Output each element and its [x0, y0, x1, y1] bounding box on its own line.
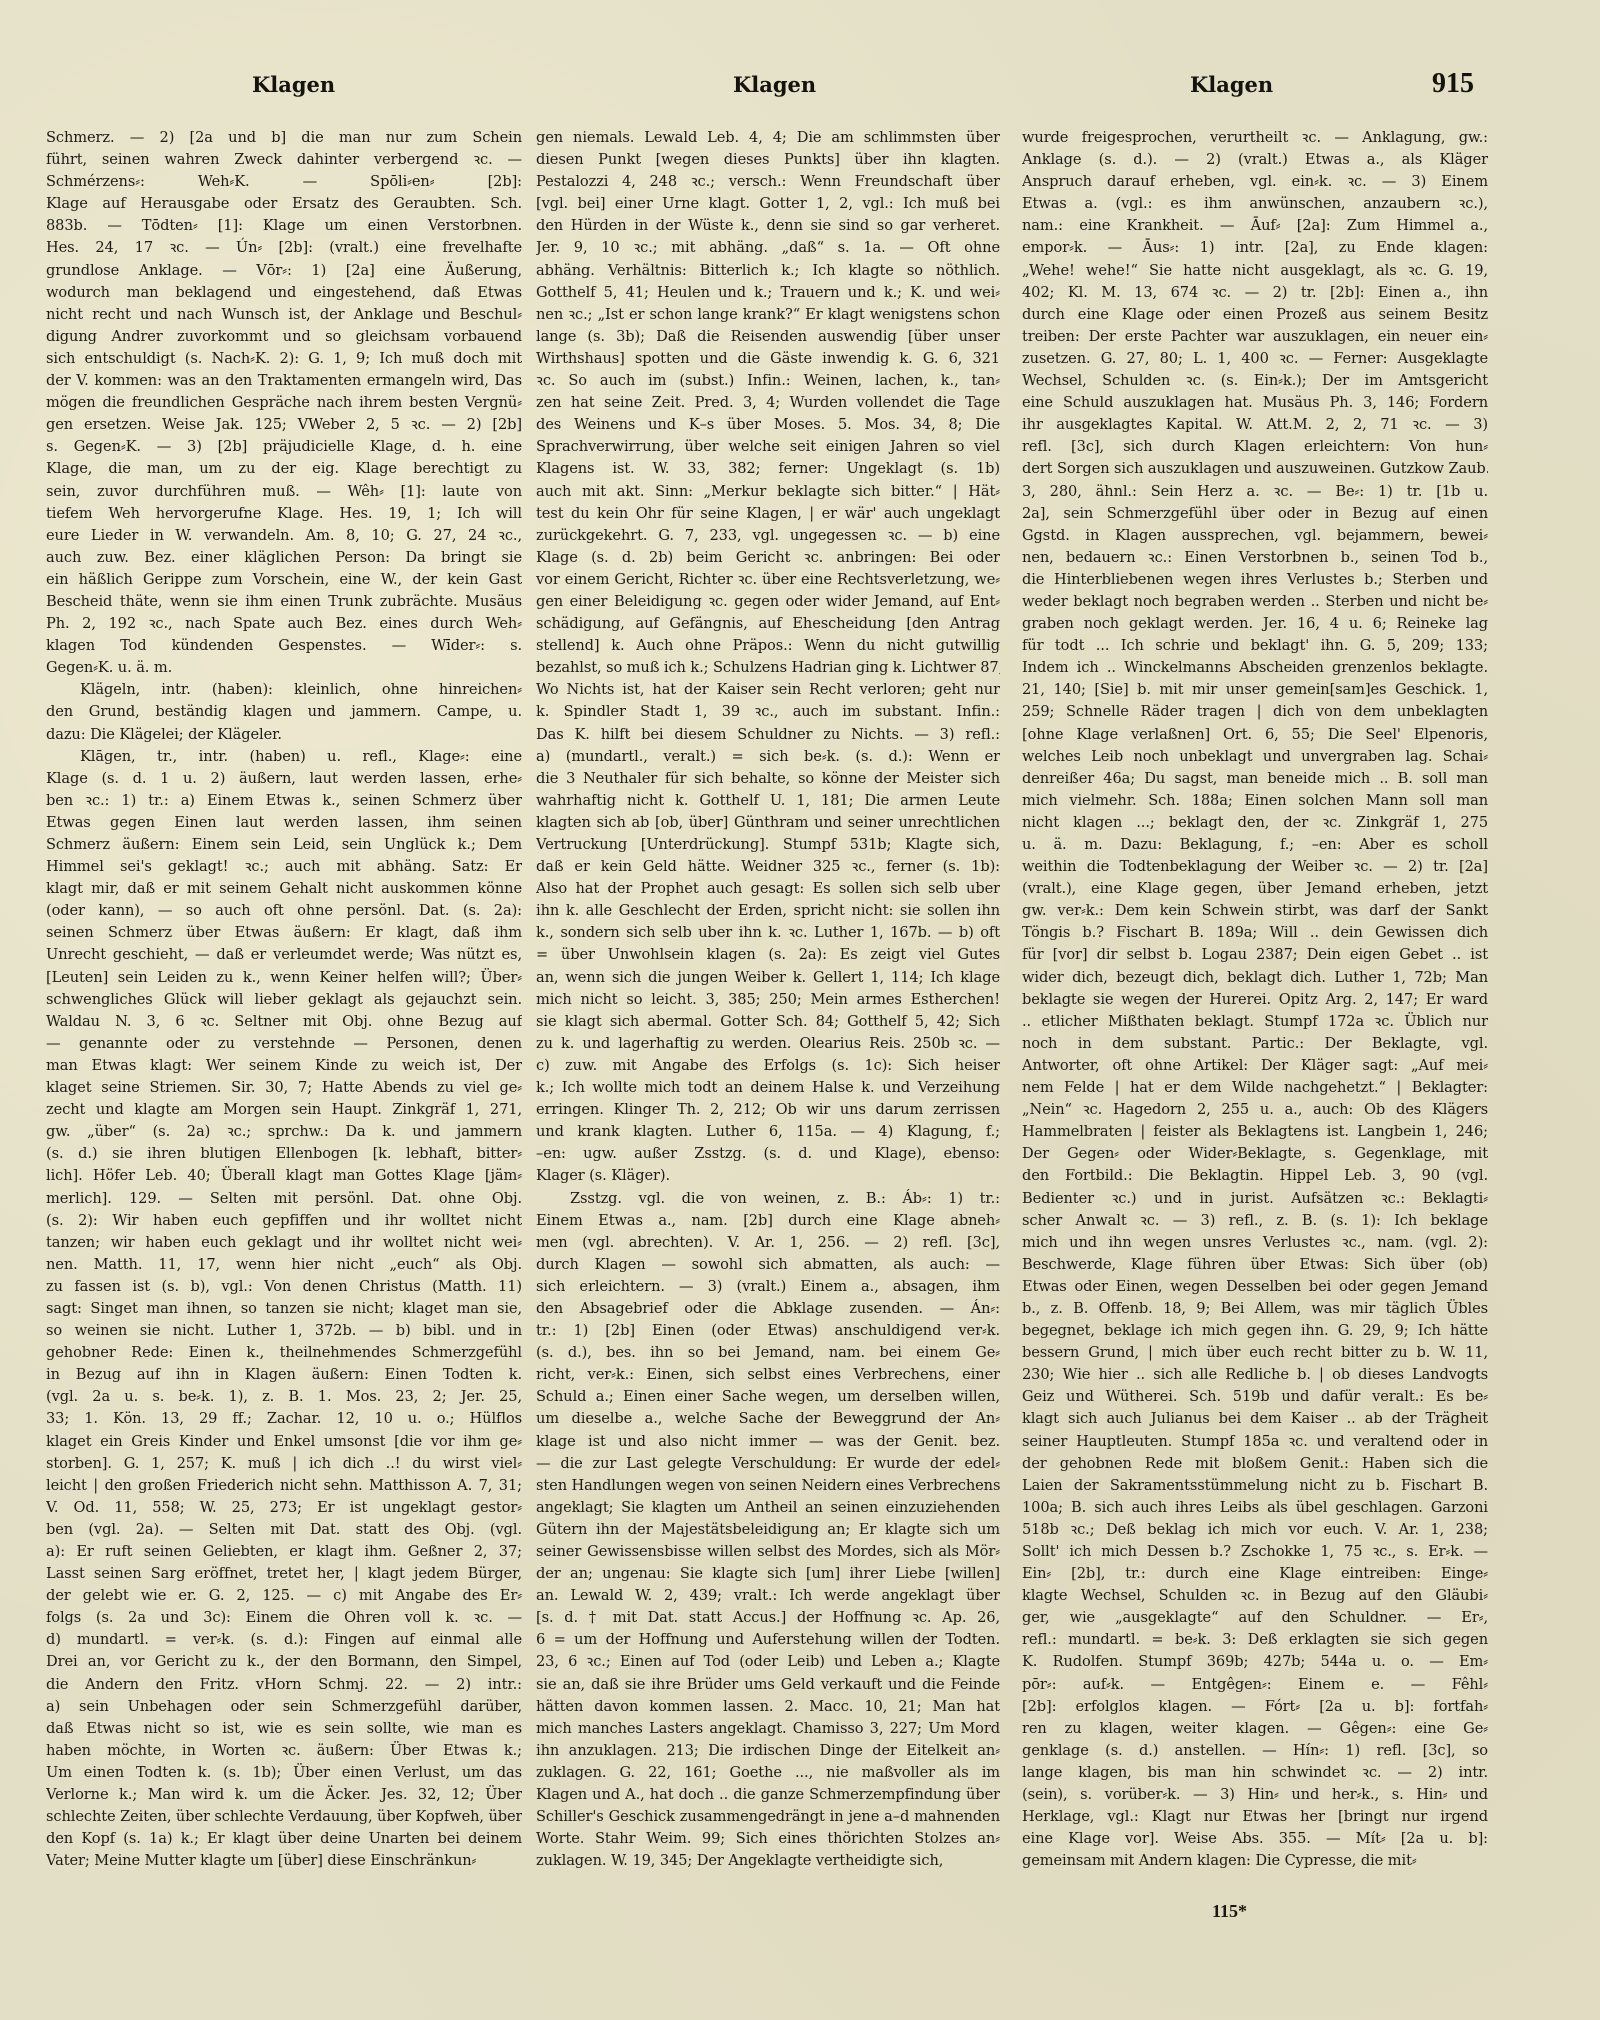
text-line: daß Etwas nicht so ist, wie es sein soll… [46, 1718, 522, 1740]
text-line: gw. ver⸗k.: Dem kein Schwein stirbt, was… [1022, 900, 1488, 922]
text-line: — die zur Last gelegte Verschuldung: Er … [536, 1453, 1000, 1475]
text-line: sich entschuldigt (s. Nach⸗K. 2): G. 1, … [46, 348, 522, 370]
text-line: V. Od. 11, 558; W. 25, 273; Er ist ungek… [46, 1497, 522, 1519]
text-line: ꝛc. So auch im (subst.) Infin.: Weinen, … [536, 370, 1000, 392]
text-line: zu k. und lagerhaftig zu werden. Oleariu… [536, 1033, 1000, 1055]
text-line: dert Sorgen sich auszuklagen und auszuwe… [1022, 458, 1488, 480]
text-line: der an; ungenau: Sie klagte sich [um] ih… [536, 1563, 1000, 1585]
text-line: a) sein Unbehagen oder sein Schmerzgefüh… [46, 1696, 522, 1718]
text-line: nicht recht und nach Wunsch ist, der Ank… [46, 304, 522, 326]
text-line: klage ist und also nicht immer — was der… [536, 1431, 1000, 1453]
text-line: lange klagen, bis man hin schwindet ꝛc. … [1022, 1762, 1488, 1784]
text-line: 2a], sein Schmerzgefühl über oder in Bez… [1022, 503, 1488, 525]
text-line: den Grund, beständig klagen und jammern.… [46, 701, 522, 723]
text-line: daß er kein Geld hätte. Weidner 325 ꝛc.,… [536, 856, 1000, 878]
text-line: schlechte Zeiten, über schlechte Verdauu… [46, 1806, 522, 1828]
text-line: Herklage, vgl.: Klagt nur Etwas her [bri… [1022, 1806, 1488, 1828]
text-line: Wo Nichts ist, hat der Kaiser sein Recht… [536, 679, 1000, 701]
text-line: sich erleichtern. — 3) (vralt.) Einem a.… [536, 1276, 1000, 1298]
text-line: wodurch man beklagend und eingestehend, … [46, 282, 522, 304]
text-line: zurückgekehrt. G. 7, 233, vgl. ungegesse… [536, 525, 1000, 547]
text-line: pōr⸗: auf⸗k. — Entgêgen⸗: Einem e. — Fêh… [1022, 1674, 1488, 1696]
text-line: graben noch geklagt werden. Jer. 16, 4 u… [1022, 613, 1488, 635]
text-line: ihr ausgeklagtes Kapital. W. Att.M. 2, 2… [1022, 414, 1488, 436]
text-line: den Fortbild.: Die Beklagtin. Hippel Leb… [1022, 1165, 1488, 1187]
text-line: K. Rudolfen. Stumpf 369b; 427b; 544a u. … [1022, 1651, 1488, 1673]
text-line: Schmerz äußern: Einem sein Leid, sein Un… [46, 834, 522, 856]
text-line: welches Leib noch unbeklagt und unvergra… [1022, 746, 1488, 768]
text-line: erringen. Klinger Th. 2, 212; Ob wir uns… [536, 1099, 1000, 1121]
text-line: a) (mundartl., veralt.) = sich be⸗k. (s.… [536, 746, 1000, 768]
text-line: mich manches Lasters angeklagt. Chamisso… [536, 1718, 1000, 1740]
text-line: folgs (s. 2a und 3c): Einem die Ohren vo… [46, 1607, 522, 1629]
text-line: Etwas a. (vgl.: es ihm anwünschen, anzau… [1022, 193, 1488, 215]
text-line: Um einen Todten k. (s. 1b); Über einen V… [46, 1762, 522, 1784]
text-line: Laien der Sakramentsstümmelung nicht zu … [1022, 1475, 1488, 1497]
text-line: 230; Wie hier .. sich alle Redliche b. |… [1022, 1364, 1488, 1386]
text-line: wider dich, bezeugt dich, beklagt dich. … [1022, 967, 1488, 989]
text-line: der gelebt wie er. G. 2, 125. — c) mit A… [46, 1585, 522, 1607]
text-line: [Leuten] sein Leiden zu k., wenn Keiner … [46, 967, 522, 989]
text-line: den Absagebrief oder die Abklage zusende… [536, 1298, 1000, 1320]
text-line: zu fassen ist (s. b), vgl.: Von denen Ch… [46, 1276, 522, 1298]
text-line: ein häßlich Gerippe zum Vorschein, eine … [46, 569, 522, 591]
text-line: Himmel sei's geklagt! ꝛc.; auch mit abhä… [46, 856, 522, 878]
text-line: nen. Matth. 11, 17, wenn hier nicht „euc… [46, 1254, 522, 1276]
text-column-left: Schmerz. — 2) [2a und b] die man nur zum… [46, 127, 522, 1872]
text-line: gen niemals. Lewald Leb. 4, 4; Die am sc… [536, 127, 1000, 149]
text-line: nem Felde | hat er dem Wilde nachgehetzt… [1022, 1077, 1488, 1099]
text-line: klaget ein Greis Kinder und Enkel umsons… [46, 1431, 522, 1453]
text-line: klaget seine Striemen. Sir. 30, 7; Hatte… [46, 1077, 522, 1099]
text-line: begegnet, beklage ich mich gegen ihn. G.… [1022, 1320, 1488, 1342]
text-line: stellend] k. Auch ohne Präpos.: Wenn du … [536, 635, 1000, 657]
text-line: Worte. Stahr Weim. 99; Sich eines thöric… [536, 1828, 1000, 1850]
text-line: Wirthshaus] spotten und die Gäste inwend… [536, 348, 1000, 370]
text-line: Indem ich .. Winckelmanns Abscheiden gre… [1022, 657, 1488, 679]
text-line: richt, ver⸗k.: Einen, sich selbst eines … [536, 1364, 1000, 1386]
text-line: in Bezug auf ihn in Klagen äußern: Einen… [46, 1364, 522, 1386]
text-line: Sprachverwirrung, über welche seit einig… [536, 436, 1000, 458]
text-line: Wechsel, Schulden ꝛc. (s. Ein⸗k.); Der i… [1022, 370, 1488, 392]
text-line: angeklagt; Sie klagten um Antheil an sei… [536, 1497, 1000, 1519]
text-line: tiefem Weh hervorgerufne Klage. Hes. 19,… [46, 503, 522, 525]
text-line: c) zuw. mit Angabe des Erfolgs (s. 1c): … [536, 1055, 1000, 1077]
text-line: für todt ... Ich schrie und beklagt' ihn… [1022, 635, 1488, 657]
text-line: Schiller's Geschick zusammengedrängt in … [536, 1806, 1000, 1828]
text-line: seiner Gewissensbisse willen selbst des … [536, 1541, 1000, 1563]
text-line: hätten davon kommen lassen. 2. Macc. 10,… [536, 1696, 1000, 1718]
text-line: refl. [3c], sich durch Klagen erleichter… [1022, 436, 1488, 458]
text-line: weithin die Todtenbeklagung der Weiber ꝛ… [1022, 856, 1488, 878]
text-line: Unrecht geschieht, — daß er verleumdet w… [46, 944, 522, 966]
text-line: Zsstzg. vgl. die von weinen, z. B.: Áb⸗:… [536, 1188, 1000, 1210]
text-line: Vater; Meine Mutter klagte um [über] die… [46, 1850, 522, 1872]
text-line: Klage (s. d. 1 u. 2) äußern, laut werden… [46, 768, 522, 790]
text-line: auch zuw. Bez. einer kläglichen Person: … [46, 547, 522, 569]
text-line: 518b ꝛc.; Deß beklag ich mich vor euch. … [1022, 1519, 1488, 1541]
text-line: klagt sich auch Julianus bei dem Kaiser … [1022, 1408, 1488, 1430]
text-line: gw. „über“ (s. 2a) ꝛc.; sprchw.: Da k. u… [46, 1121, 522, 1143]
text-line: auch mit akt. Sinn: „Merkur beklagte sic… [536, 481, 1000, 503]
text-line: ihn k. alle Geschlecht der Erden, sprich… [536, 900, 1000, 922]
text-line: [2b]: erfolglos klagen. — Fórt⸗ [2a u. b… [1022, 1696, 1488, 1718]
text-line: nen ꝛc.; „Ist er schon lange krank?“ Er … [536, 304, 1000, 326]
text-line: zuklagen. W. 19, 345; Der Angeklagte ver… [536, 1850, 1000, 1872]
page-header: Klagen Klagen Klagen 915 [0, 72, 1600, 108]
text-line: wurde freigesprochen, verurtheilt ꝛc. — … [1022, 127, 1488, 149]
running-head-left: Klagen [252, 72, 335, 97]
text-line: lange (s. 3b); Daß die Reisenden auswend… [536, 326, 1000, 348]
text-line: noch in dem substant. Partic.: Der Bekla… [1022, 1033, 1488, 1055]
text-line: Klage, die man, um zu der eig. Klage ber… [46, 458, 522, 480]
text-line: klagt mir, daß er mit seinem Gehalt nich… [46, 878, 522, 900]
text-line: mögen die freundlichen Gespräche nach ih… [46, 392, 522, 414]
text-line: u. ä. m. Dazu: Beklagung, f.; –en: Aber … [1022, 834, 1488, 856]
text-line: die 3 Neuthaler für sich behalte, so kön… [536, 768, 1000, 790]
text-line: Das K. hilft bei diesem Schuldner zu Nic… [536, 724, 1000, 746]
text-line: Der Gegen⸗ oder Wider⸗Beklagte, s. Gegen… [1022, 1143, 1488, 1165]
text-line: Anspruch darauf erheben, vgl. ein⸗k. ꝛc.… [1022, 171, 1488, 193]
text-line: mich nicht so leicht. 3, 385; 250; Mein … [536, 989, 1000, 1011]
text-line: Etwas oder Einen, wegen Desselben bei od… [1022, 1276, 1488, 1298]
text-line: nam.: eine Krankheit. — Āuf⸗ [2a]: Zum H… [1022, 215, 1488, 237]
text-line: ren zu klagen, weiter klagen. — Gêgen⸗: … [1022, 1718, 1488, 1740]
text-line: schädigung, auf Gefängnis, auf Ehescheid… [536, 613, 1000, 635]
text-line: 883b. — Tōdten⸗ [1]: Klage um einen Vers… [46, 215, 522, 237]
text-line: Klagen und A., hat doch .. die ganze Sch… [536, 1784, 1000, 1806]
text-line: Klager (s. Kläger). [536, 1165, 1000, 1187]
text-line: merlich]. 129. — Selten mit persönl. Dat… [46, 1188, 522, 1210]
text-line: Gegen⸗K. u. ä. m. [46, 657, 522, 679]
text-line: Klagens ist. W. 33, 382; ferner: Ungekla… [536, 458, 1000, 480]
text-line: sie klagt sich abermal. Gotter Sch. 84; … [536, 1011, 1000, 1033]
text-line: beklagte sie wegen der Hurerei. Opitz Ar… [1022, 989, 1488, 1011]
text-line: b., z. B. Offenb. 18, 9; Bei Allem, was … [1022, 1298, 1488, 1320]
text-line: um dieselbe a., welche Sache der Beweggr… [536, 1408, 1000, 1430]
running-head-right: Klagen [1190, 72, 1273, 97]
text-line: „Wehe! wehe!“ Sie hatte nicht ausgeklagt… [1022, 260, 1488, 282]
text-line: Klāgen, tr., intr. (haben) u. refl., Kla… [46, 746, 522, 768]
text-line: — genannte oder zu verstehnde — Personen… [46, 1033, 522, 1055]
text-line: Also hat der Prophet auch gesagt: Es sol… [536, 878, 1000, 900]
text-line: digung Andrer zuvorkommt und so gleichsa… [46, 326, 522, 348]
text-line: den Kopf (s. 1a) k.; Er klagt über deine… [46, 1828, 522, 1850]
text-line: führt, seinen wahren Zweck dahinter verb… [46, 149, 522, 171]
text-line: so weinen sie nicht. Luther 1, 372b. — b… [46, 1320, 522, 1342]
text-line: ger, wie „ausgeklagte“ auf den Schuldner… [1022, 1607, 1488, 1629]
text-line: diesen Punkt [wegen dieses Punkts] über … [536, 149, 1000, 171]
text-line: Pestalozzi 4, 248 ꝛc.; versch.: Wenn Fre… [536, 171, 1000, 193]
text-line: zuklagen. G. 22, 161; Goethe ..., nie ma… [536, 1762, 1000, 1784]
text-line: Ein⸗ [2b], tr.: durch eine Klage eintrei… [1022, 1563, 1488, 1585]
text-line: zen hat seine Zeit. Pred. 3, 4; Wurden v… [536, 392, 1000, 414]
text-line: treiben: Der erste Pachter war auszuklag… [1022, 326, 1488, 348]
text-line: ihn anzuklagen. 213; Die irdischen Dinge… [536, 1740, 1000, 1762]
text-column-right: wurde freigesprochen, verurtheilt ꝛc. — … [1022, 127, 1488, 1872]
text-line: 6 = um der Hoffnung und Auferstehung wil… [536, 1629, 1000, 1651]
text-line: Gütern ihn der Majestätsbeleidigung an; … [536, 1519, 1000, 1541]
text-line: an, wenn sich die jungen Weiber k. Gelle… [536, 967, 1000, 989]
text-line: und krank klagten. Luther 6, 115a. — 4) … [536, 1121, 1000, 1143]
text-line: grundlose Anklage. — Vōr⸗: 1) [2a] eine … [46, 260, 522, 282]
text-line: „Nein“ ꝛc. Hagedorn 2, 255 u. a., auch: … [1022, 1099, 1488, 1121]
text-line: (s. d.) sie ihren blutigen Ellenbogen [k… [46, 1143, 522, 1165]
text-line: = über Unwohlsein klagen (s. 2a): Es zei… [536, 944, 1000, 966]
text-line: Drei an, vor Gericht zu k., der den Borm… [46, 1651, 522, 1673]
text-line: dazu: Die Klägelei; der Klägeler. [46, 724, 522, 746]
text-line: leicht | den großen Friederich nicht seh… [46, 1475, 522, 1497]
running-head-middle: Klagen [733, 72, 816, 97]
text-line: (vgl. 2a u. s. be⸗k. 1), z. B. 1. Mos. 2… [46, 1386, 522, 1408]
text-line: [s. d. † mit Dat. statt Accus.] der Hoff… [536, 1607, 1000, 1629]
text-line: 100a; B. sich auch ihres Leibs als übel … [1022, 1497, 1488, 1519]
text-line: gemeinsam mit Andern klagen: Die Cypress… [1022, 1850, 1488, 1872]
text-line: Lasst seinen Sarg eröffnet, tretet her, … [46, 1563, 522, 1585]
signature-mark: 115* [1212, 1901, 1247, 1922]
text-line: gen einer Beleidigung ꝛc. gegen oder wid… [536, 591, 1000, 613]
text-line: Einem Etwas a., nam. [2b] durch eine Kla… [536, 1210, 1000, 1232]
text-line: ben ꝛc.: 1) tr.: a) Einem Etwas k., sein… [46, 790, 522, 812]
text-line: Antworter, oft ohne Artikel: Der Kläger … [1022, 1055, 1488, 1077]
text-line: seinen Schmerz über Etwas äußern: Er kla… [46, 922, 522, 944]
text-line: des Weinens und K–s über Moses. 5. Mos. … [536, 414, 1000, 436]
text-line: man Etwas klagt: Wer seinem Kinde zu wei… [46, 1055, 522, 1077]
text-line: Schuld a.; Einen einer Sache wegen, um d… [536, 1386, 1000, 1408]
text-line: (s. d.), bes. ihn so bei Jemand, nam. be… [536, 1342, 1000, 1364]
text-line: [vgl. bei] einer Urne klagt. Gotter 1, 2… [536, 193, 1000, 215]
text-line: die Andern den Fritz. vHorn Schmj. 22. —… [46, 1674, 522, 1696]
page-number: 915 [1432, 68, 1474, 100]
text-line: klagen Tod kündenden Gespenstes. — Wīder… [46, 635, 522, 657]
dictionary-page: Klagen Klagen Klagen 915 Schmerz. — 2) [… [0, 0, 1600, 2020]
text-line: zusetzen. G. 27, 80; L. 1, 400 ꝛc. — Fer… [1022, 348, 1488, 370]
text-line: haben möchte, in Worten ꝛc. äußern: Über… [46, 1740, 522, 1762]
text-line: sie an, daß sie ihre Brüder ums Geld ver… [536, 1674, 1000, 1696]
text-line: eine Schuld auszuklagen hat. Musäus Ph. … [1022, 392, 1488, 414]
text-line: Bescheid thäte, wenn sie ihm einen Trunk… [46, 591, 522, 613]
text-line: schwengliches Glück will lieber geklagt … [46, 989, 522, 1011]
text-line: Schmerz. — 2) [2a und b] die man nur zum… [46, 127, 522, 149]
text-line: Etwas gegen Einen laut werden lassen, ih… [46, 812, 522, 834]
text-line: (s. 2): Wir haben euch gepfiffen und ihr… [46, 1210, 522, 1232]
text-line: abhäng. Verhältnis: Bitterlich k.; Ich k… [536, 260, 1000, 282]
text-line: genklage (s. d.) anstellen. — Hín⸗: 1) r… [1022, 1740, 1488, 1762]
text-line: 3, 280, ähnl.: Sein Herz a. ꝛc. — Be⸗: 1… [1022, 481, 1488, 503]
text-line: eine Klage vor]. Weise Abs. 355. — Mít⸗ … [1022, 1828, 1488, 1850]
text-line: empor⸗k. — Āus⸗: 1) intr. [2a], zu Ende … [1022, 237, 1488, 259]
text-line: sten Handlungen wegen von seinen Neidern… [536, 1475, 1000, 1497]
text-line: klagten sich ab [ob, über] Günthram und … [536, 812, 1000, 834]
text-line: an. Lewald W. 2, 439; vralt.: Ich werde … [536, 1585, 1000, 1607]
text-line: Gotthelf 5, 41; Heulen und k.; Trauern u… [536, 282, 1000, 304]
text-line: a): Er ruft seinen Geliebten, er klagt i… [46, 1541, 522, 1563]
text-line: Bedienter ꝛc.) und in jurist. Aufsätzen … [1022, 1188, 1488, 1210]
text-line: Klägeln, intr. (haben): kleinlich, ohne … [46, 679, 522, 701]
text-line: test du kein Ohr für seine Klagen, | er … [536, 503, 1000, 525]
text-line: gen ersetzen. Weise Jak. 125; VWeber 2, … [46, 414, 522, 436]
text-line: Hammelbraten | feister als Beklagtens is… [1022, 1121, 1488, 1143]
text-line: refl.: mundartl. = be⸗k. 3: Deß erklagte… [1022, 1629, 1488, 1651]
text-line: 402; Kl. M. 13, 674 ꝛc. — 2) tr. [2b]: E… [1022, 282, 1488, 304]
text-line: d) mundartl. = ver⸗k. (s. d.): Fingen au… [46, 1629, 522, 1651]
text-line: scher Anwalt ꝛc. — 3) refl., z. B. (s. 1… [1022, 1210, 1488, 1232]
text-line: men (vgl. abrechten). V. Ar. 1, 256. — 2… [536, 1232, 1000, 1254]
text-line: sein, zuvor durchführen muß. — Wêh⸗ [1]:… [46, 481, 522, 503]
text-line: Hes. 24, 17 ꝛc. — Ún⸗ [2b]: (vralt.) ein… [46, 237, 522, 259]
text-line: denreißer 46a; Du sagst, man beneide mic… [1022, 768, 1488, 790]
text-line: durch Klagen — sowohl sich abmatten, als… [536, 1254, 1000, 1276]
text-line: weder beklagt noch begraben werden .. St… [1022, 591, 1488, 613]
text-line: Klage auf Herausgabe oder Ersatz des Ger… [46, 193, 522, 215]
text-line: .. etlicher Mißthaten beklagt. Stumpf 17… [1022, 1011, 1488, 1033]
text-line: k. Spindler Stadt 1, 39 ꝛc., auch im sub… [536, 701, 1000, 723]
text-line: Anklage (s. d.). — 2) (vralt.) Etwas a.,… [1022, 149, 1488, 171]
text-line: ben (vgl. 2a). — Selten mit Dat. statt d… [46, 1519, 522, 1541]
text-line: durch eine Klage oder einen Prozeß aus s… [1022, 304, 1488, 326]
text-line: –en: ugw. außer Zsstzg. (s. d. und Klage… [536, 1143, 1000, 1165]
text-line: (vralt.), eine Klage gegen, über Jemand … [1022, 878, 1488, 900]
text-line: für [vor] dir selbst b. Logau 2387; Dein… [1022, 944, 1488, 966]
text-line: Geiz und Wütherei. Sch. 519b und dafür v… [1022, 1386, 1488, 1408]
text-line: Verlorne k.; Man wird k. um die Äcker. J… [46, 1784, 522, 1806]
text-line: zecht und klagte am Morgen sein Haupt. Z… [46, 1099, 522, 1121]
text-line: Klage (s. d. 2b) beim Gericht ꝛc. anbrin… [536, 547, 1000, 569]
text-line: Schmérzens⸗: Weh⸗K. — Spōli⸗en⸗ [2b]: [46, 171, 522, 193]
text-line: storben]. G. 1, 257; K. muß | ich dich .… [46, 1453, 522, 1475]
text-line: Vertruckung [Unterdrückung]. Stumpf 531b… [536, 834, 1000, 856]
text-line: 33; 1. Kön. 13, 29 ff.; Zachar. 12, 10 u… [46, 1408, 522, 1430]
text-line: tr.: 1) [2b] Einen (oder Etwas) anschuld… [536, 1320, 1000, 1342]
text-line: lich]. Höfer Leb. 40; Überall klagt man … [46, 1165, 522, 1187]
text-line: Sollt' ich mich Dessen b.? Zschokke 1, 7… [1022, 1541, 1488, 1563]
text-line: der V. kommen: was an den Traktamenten e… [46, 370, 522, 392]
text-line: bessern Grund, | mich über euch recht bi… [1022, 1342, 1488, 1364]
text-line: wahrhaftig nicht k. Gotthelf U. 1, 181; … [536, 790, 1000, 812]
text-line: Ggstd. in Klagen aussprechen, vgl. bejam… [1022, 525, 1488, 547]
text-line: den Hürden in der Wüste k., denn sie sin… [536, 215, 1000, 237]
text-line: tanzen; wir haben euch geklagt und ihr w… [46, 1232, 522, 1254]
text-line: die Hinterbliebenen wegen ihres Verluste… [1022, 569, 1488, 591]
text-column-middle: gen niemals. Lewald Leb. 4, 4; Die am sc… [536, 127, 1000, 1872]
text-line: [ohne Klage verlaßnen] Ort. 6, 55; Die S… [1022, 724, 1488, 746]
text-line: mich vielmehr. Sch. 188a; Einen solchen … [1022, 790, 1488, 812]
text-line: (sein), s. vorüber⸗k. — 3) Hin⸗ und her⸗… [1022, 1784, 1488, 1806]
text-line: (oder kann), — so auch oft ohne persönl.… [46, 900, 522, 922]
text-line: eure Lieder in W. verwandeln. Am. 8, 10;… [46, 525, 522, 547]
text-line: 23, 6 ꝛc.; Einen auf Tod (oder Leib) und… [536, 1651, 1000, 1673]
text-line: s. Gegen⸗K. — 3) [2b] präjudicielle Klag… [46, 436, 522, 458]
text-line: nicht klagen ...; beklagt den, der ꝛc. Z… [1022, 812, 1488, 834]
text-line: der gehobnen Rede mit bloßem Genit.: Hab… [1022, 1453, 1488, 1475]
text-line: nen, bedauern ꝛc.: Einen Verstorbnen b.,… [1022, 547, 1488, 569]
text-line: seiner Hauptleuten. Stumpf 185a ꝛc. und … [1022, 1431, 1488, 1453]
text-line: Töngis b.? Fischart B. 189a; Will .. dei… [1022, 922, 1488, 944]
text-line: Beschwerde, Klage führen über Etwas: Sic… [1022, 1254, 1488, 1276]
text-line: Waldau N. 3, 6 ꝛc. Seltner mit Obj. ohne… [46, 1011, 522, 1033]
text-line: gehobner Rede: Einen k., theilnehmendes … [46, 1342, 522, 1364]
text-line: vor einem Gericht, Richter ꝛc. über eine… [536, 569, 1000, 591]
text-line: Ph. 2, 192 ꝛc., nach Spate auch Bez. ein… [46, 613, 522, 635]
text-line: k.; Ich wollte mich todt an deinem Halse… [536, 1077, 1000, 1099]
text-line: k., sondern sich selb uber ihn k. ꝛc. Lu… [536, 922, 1000, 944]
text-line: 259; Schnelle Räder tragen | dich von de… [1022, 701, 1488, 723]
text-line: mich und ihn wegen unsres Verlustes ꝛc.,… [1022, 1232, 1488, 1254]
text-line: 21, 140; [Sie] b. mit mir unser gemein[s… [1022, 679, 1488, 701]
text-line: Jer. 9, 10 ꝛc.; mit abhäng. „daß“ s. 1a.… [536, 237, 1000, 259]
text-line: klagte Wechsel, Schulden ꝛc. in Bezug au… [1022, 1585, 1488, 1607]
text-line: bezahlst, so muß ich k.; Schulzens Hadri… [536, 657, 1000, 679]
text-line: sagt: Singet man ihnen, so tanzen sie ni… [46, 1298, 522, 1320]
